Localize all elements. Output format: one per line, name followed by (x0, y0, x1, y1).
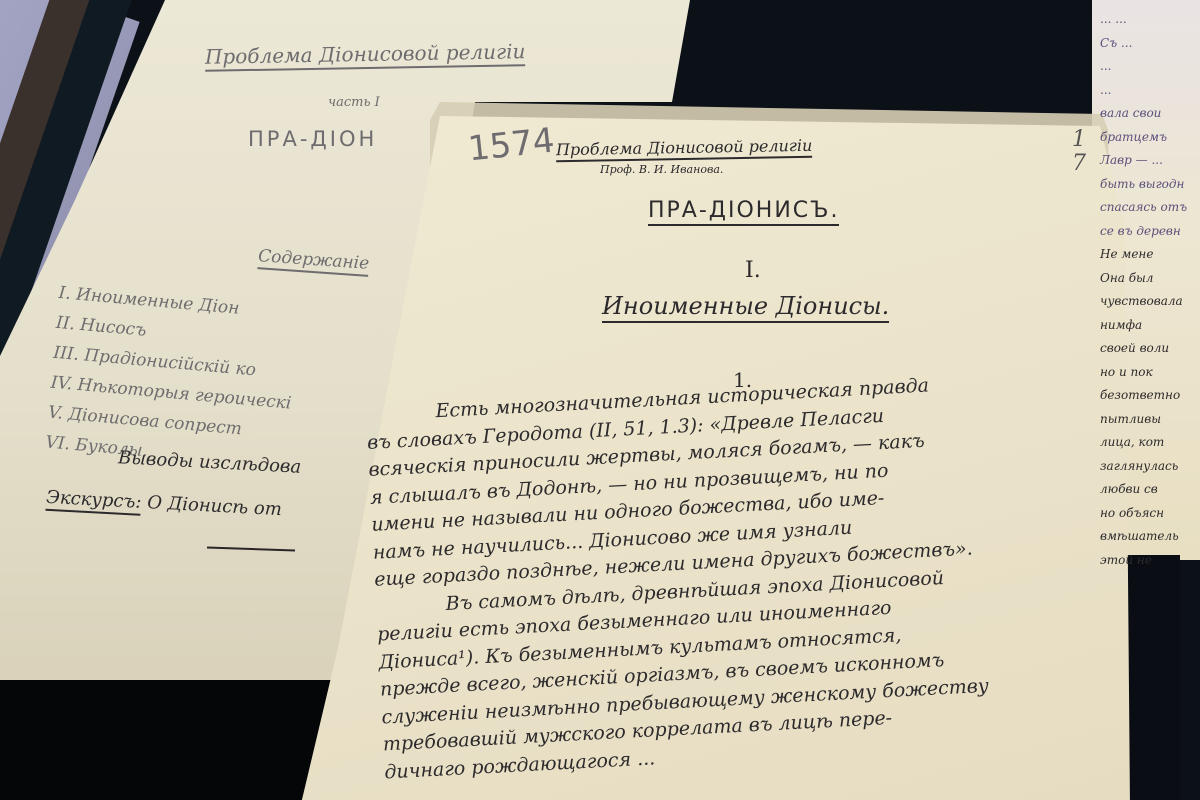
manuscript-title: ПРА-ДІОНИСЪ. (648, 198, 839, 226)
page-marks: 1 7 (1072, 128, 1086, 176)
letter-line: ... ... (1100, 8, 1187, 32)
page-mark-bottom: 7 (1072, 152, 1086, 176)
letter-line: своей воли (1100, 337, 1187, 361)
letter-line: вмѣшатель (1100, 525, 1187, 549)
page-mark-top: 1 (1072, 128, 1086, 152)
letter-line: заглянулась (1100, 455, 1187, 479)
letter-line: Не мене (1100, 243, 1187, 267)
dark-gap (1125, 555, 1180, 800)
chapter-number: I. (745, 258, 761, 283)
contents-list: I. Иноименные Діон II. Нисосъ III. Праді… (44, 278, 300, 478)
left-part-label: часть I (328, 95, 380, 110)
display-case-photo: Проблема Діонисовой религіи часть I ПРА-… (0, 0, 1200, 800)
letter-line: Она был (1100, 267, 1187, 291)
letter-line: но объясн (1100, 502, 1187, 526)
main-series-title: Проблема Діонисовой религіи (556, 136, 813, 162)
letter-line: спасаясь отъ (1100, 196, 1187, 220)
letter-line: этой не (1100, 549, 1187, 573)
letter-line: ... (1100, 55, 1187, 79)
chapter-title: Иноименные Діонисы. (602, 292, 889, 323)
manuscript-body: Есть многозначительная историческая прав… (365, 370, 992, 786)
letter-line: но и пок (1100, 361, 1187, 385)
letter-line: быть выгодн (1100, 173, 1187, 197)
letter-line: любви св (1100, 478, 1187, 502)
author-line: Проф. В. И. Иванова. (600, 163, 723, 176)
letter-line: чувствовала (1100, 290, 1187, 314)
letter-line: Лавр — ... (1100, 149, 1187, 173)
letter-line: ... (1100, 79, 1187, 103)
left-series-title: Проблема Діонисовой религіи (205, 39, 526, 72)
letter-line: лица, кот (1100, 431, 1187, 455)
excursus-label: Экскурсъ: (45, 487, 142, 516)
letter-line: нимфа (1100, 314, 1187, 338)
letter-line: безответно (1100, 384, 1187, 408)
left-title: ПРА-ДІОН (248, 127, 377, 151)
letter-line: пытливы (1100, 408, 1187, 432)
background-letter-text: ... ... Съ ... ... ... вала свои братцем… (1100, 8, 1187, 572)
letter-line: се въ деревн (1100, 220, 1187, 244)
letter-line: братцемъ (1100, 126, 1187, 150)
letter-line: Съ ... (1100, 32, 1187, 56)
letter-line: вала свои (1100, 102, 1187, 126)
